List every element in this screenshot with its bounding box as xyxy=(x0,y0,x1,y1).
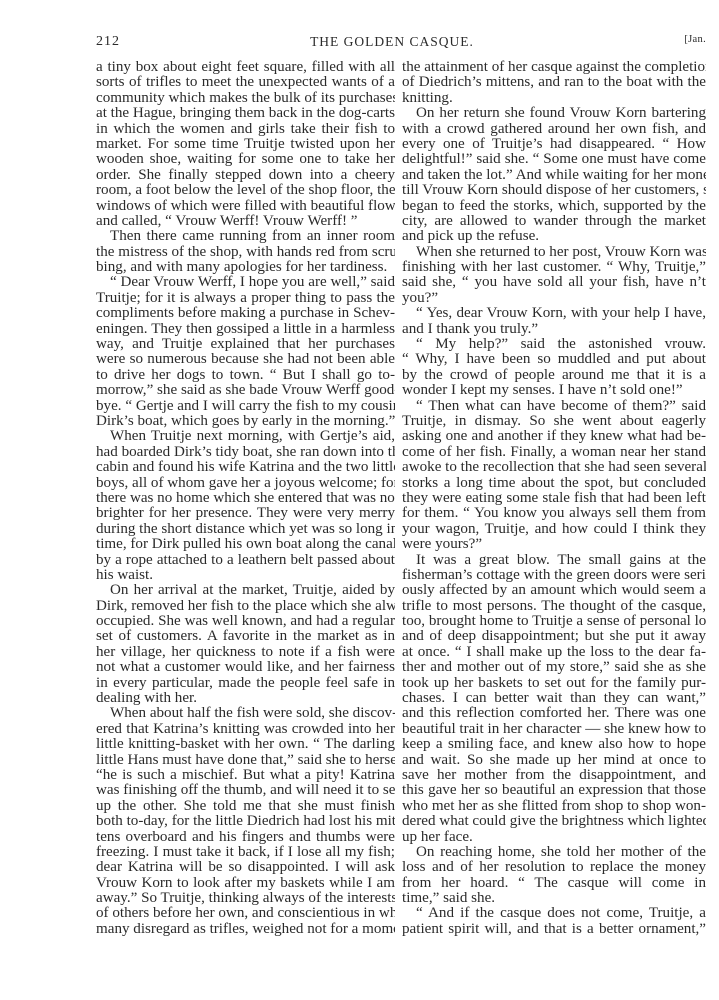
text-line: and wait. So she made up her mind at onc… xyxy=(402,753,706,768)
text-line: bye. “ Gertje and I will carry the fish … xyxy=(96,399,395,414)
text-line: freezing. I must take it back, if I lose… xyxy=(96,845,395,860)
text-line: loss and of her resolution to replace th… xyxy=(402,860,706,875)
text-line: beautiful trait in her character — she k… xyxy=(402,722,706,737)
text-line: When she returned to her post, Vrouw Kor… xyxy=(402,245,706,260)
text-line: her village, her quickness to note if a … xyxy=(96,645,395,660)
text-line: order. She finally stepped down into a c… xyxy=(96,168,395,183)
text-line: had boarded Dirk’s tidy boat, she ran do… xyxy=(96,445,395,460)
text-line: storks a long time about the spot, but c… xyxy=(402,476,706,491)
text-line: ered that Katrina’s knitting was crowded… xyxy=(96,722,395,737)
text-line: up her face. xyxy=(402,830,706,845)
text-line: market. For some time Truitje twisted up… xyxy=(96,137,395,152)
text-line: “ Then what can have become of them?” sa… xyxy=(402,399,706,414)
text-line: was finishing off the thumb, and will ne… xyxy=(96,783,395,798)
text-line: city, are allowed to wander through the … xyxy=(402,214,706,229)
text-line: in every particular, made the people fee… xyxy=(96,676,395,691)
text-line: Truitje, in dismay. So she went about ea… xyxy=(402,414,706,429)
text-line: his waist. xyxy=(96,568,395,583)
text-line: delightful!” said she. “ Some one must h… xyxy=(402,152,706,167)
text-line: many disregard as trifles, weighed not f… xyxy=(96,922,395,937)
text-line: Dirk’s boat, which goes by early in the … xyxy=(96,414,395,429)
text-line: and called, “ Vrouw Werff! Vrouw Werff! … xyxy=(96,214,395,229)
text-line: brighter for her presence. They were ver… xyxy=(96,506,395,521)
text-line: little knitting-basket with her own. “ T… xyxy=(96,737,395,752)
text-line: said she, “ you have sold all your fish,… xyxy=(402,275,706,290)
text-line: dered what could give the brightness whi… xyxy=(402,814,706,829)
text-line: wooden shoe, waiting for some one to tak… xyxy=(96,152,395,167)
text-line: were yours?” xyxy=(402,537,706,552)
text-line: morrow,” she said as she bade Vrouw Werf… xyxy=(96,383,395,398)
text-line: trifle to most persons. The thought of t… xyxy=(402,599,706,614)
left-text-column: a tiny box about eight feet square, fill… xyxy=(96,60,395,937)
text-line: little Hans must have done that,” said s… xyxy=(96,753,395,768)
text-line: during the short distance which yet was … xyxy=(96,522,395,537)
text-line: who met her as she flitted from shop to … xyxy=(402,799,706,814)
text-line: at once. “ I shall make up the loss to t… xyxy=(402,645,706,660)
text-line: ther and mother out of my store,” said s… xyxy=(402,660,706,675)
text-line: It was a great blow. The small gains at … xyxy=(402,553,706,568)
text-line: began to feed the storks, which, support… xyxy=(402,199,706,214)
text-line: too, brought home to Truitje a sense of … xyxy=(402,614,706,629)
running-head: 212 THE GOLDEN CASQUE. [Jan. xyxy=(96,34,706,52)
text-line: “ Dear Vrouw Werff, I hope you are well,… xyxy=(96,275,395,290)
text-line: till Vrouw Korn should dispose of her cu… xyxy=(402,183,706,198)
text-line: community which makes the bulk of its pu… xyxy=(96,91,395,106)
text-line: cabin and found his wife Katrina and the… xyxy=(96,460,395,475)
text-line: “ Yes, dear Vrouw Korn, with your help I… xyxy=(402,306,706,321)
text-line: dear Katrina will be so disappointed. I … xyxy=(96,860,395,875)
text-line: both to-day, for the little Diedrich had… xyxy=(96,814,395,829)
text-line: occupied. She was well known, and had a … xyxy=(96,614,395,629)
text-line: your wagon, Truitje, and how could I thi… xyxy=(402,522,706,537)
running-title: THE GOLDEN CASQUE. xyxy=(96,34,706,50)
text-line: the attainment of her casque against the… xyxy=(402,60,706,75)
text-line: not what a customer would like, and her … xyxy=(96,660,395,675)
text-line: way, and Truitje explained that her purc… xyxy=(96,337,395,352)
text-line: every one of Truitje’s had disappeared. … xyxy=(402,137,706,152)
text-line: were so numerous because she had not bee… xyxy=(96,352,395,367)
text-line: of others before her own, and conscienti… xyxy=(96,906,395,921)
text-line: On her arrival at the market, Truitje, a… xyxy=(96,583,395,598)
text-line: “ My help?” said the astonished vrouw. xyxy=(402,337,706,352)
text-line: and this reflection comforted her. There… xyxy=(402,706,706,721)
text-line: Then there came running from an inner ro… xyxy=(96,229,395,244)
text-line: set of customers. A favorite in the mark… xyxy=(96,629,395,644)
text-line: at the Hague, bringing them back in the … xyxy=(96,106,395,121)
text-line: and of deep disappointment; but she put … xyxy=(402,629,706,644)
text-line: On reaching home, she told her mother of… xyxy=(402,845,706,860)
text-line: “ Why, I have been so muddled and put ab… xyxy=(402,352,706,367)
text-line: away.” So Truitje, thinking always of th… xyxy=(96,891,395,906)
text-line: save her mother from the disappointment,… xyxy=(402,768,706,783)
text-line: they were eating some stale fish that ha… xyxy=(402,491,706,506)
text-line: the mistress of the shop, with hands red… xyxy=(96,245,395,260)
text-line: wonder I kept my senses. I have n’t sold… xyxy=(402,383,706,398)
text-line: tens overboard and his fingers and thumb… xyxy=(96,830,395,845)
text-line: a tiny box about eight feet square, fill… xyxy=(96,60,395,75)
text-line: from her hoard. “ The casque will come i… xyxy=(402,876,706,891)
text-line: chases. I can better wait than they can … xyxy=(402,691,706,706)
text-line: compliments before making a purchase in … xyxy=(96,306,395,321)
text-line: come of her fish. Finally, a woman near … xyxy=(402,445,706,460)
text-line: took up her baskets to set out for the f… xyxy=(402,676,706,691)
text-line: in which the women and girls take their … xyxy=(96,122,395,137)
text-line: Dirk, removed her fish to the place whic… xyxy=(96,599,395,614)
running-month: [Jan. xyxy=(684,34,706,45)
text-line: When about half the fish were sold, she … xyxy=(96,706,395,721)
text-line: you?” xyxy=(402,291,706,306)
text-line: room, a foot below the level of the shop… xyxy=(96,183,395,198)
text-line: by a rope attached to a leathern belt pa… xyxy=(96,553,395,568)
text-line: When Truitje next morning, with Gertje’s… xyxy=(96,429,395,444)
text-line: finishing with her last customer. “ Why,… xyxy=(402,260,706,275)
text-line: knitting. xyxy=(402,91,706,106)
text-line: time,” said she. xyxy=(402,891,706,906)
text-line: Truitje; for it is always a proper thing… xyxy=(96,291,395,306)
text-line: and taken the lot.” And while waiting fo… xyxy=(402,168,706,183)
text-line: boys, all of whom gave her a joyous welc… xyxy=(96,476,395,491)
text-line: for them. “ You know you always sell the… xyxy=(402,506,706,521)
text-line: time, for Dirk pulled his own boat along… xyxy=(96,537,395,552)
text-line: “he is such a mischief. But what a pity!… xyxy=(96,768,395,783)
text-line: fisherman’s cottage with the green doors… xyxy=(402,568,706,583)
text-line: to drive her dogs to town. “ But I shall… xyxy=(96,368,395,383)
text-line: asking one and another if they knew what… xyxy=(402,429,706,444)
text-line: with a crowd gathered around her own fis… xyxy=(402,122,706,137)
text-line: and pick up the refuse. xyxy=(402,229,706,244)
text-line: patient spirit will, and that is a bette… xyxy=(402,922,706,937)
text-line: On her return she found Vrouw Korn barte… xyxy=(402,106,706,121)
text-line: of Diedrich’s mittens, and ran to the bo… xyxy=(402,75,706,90)
text-line: there was no home which she entered that… xyxy=(96,491,395,506)
right-text-column: the attainment of her casque against the… xyxy=(402,60,706,937)
text-line: by the crowd of people around me that it… xyxy=(402,368,706,383)
text-line: windows of which were filled with beauti… xyxy=(96,199,395,214)
text-line: up the other. She told me that she must … xyxy=(96,799,395,814)
text-line: eningen. They then gossiped a little in … xyxy=(96,322,395,337)
text-line: bing, and with many apologies for her ta… xyxy=(96,260,395,275)
text-line: dealing with her. xyxy=(96,691,395,706)
text-line: ously affected by an amount which would … xyxy=(402,583,706,598)
text-line: sorts of trifles to meet the unexpected … xyxy=(96,75,395,90)
text-line: awoke to the recollection that she had s… xyxy=(402,460,706,475)
text-line: keep a smiling face, and knew also how t… xyxy=(402,737,706,752)
text-line: this gave her so beautiful an expression… xyxy=(402,783,706,798)
text-line: and I thank you truly.” xyxy=(402,322,706,337)
text-line: Vrouw Korn to look after my baskets whil… xyxy=(96,876,395,891)
text-line: “ And if the casque does not come, Truit… xyxy=(402,906,706,921)
